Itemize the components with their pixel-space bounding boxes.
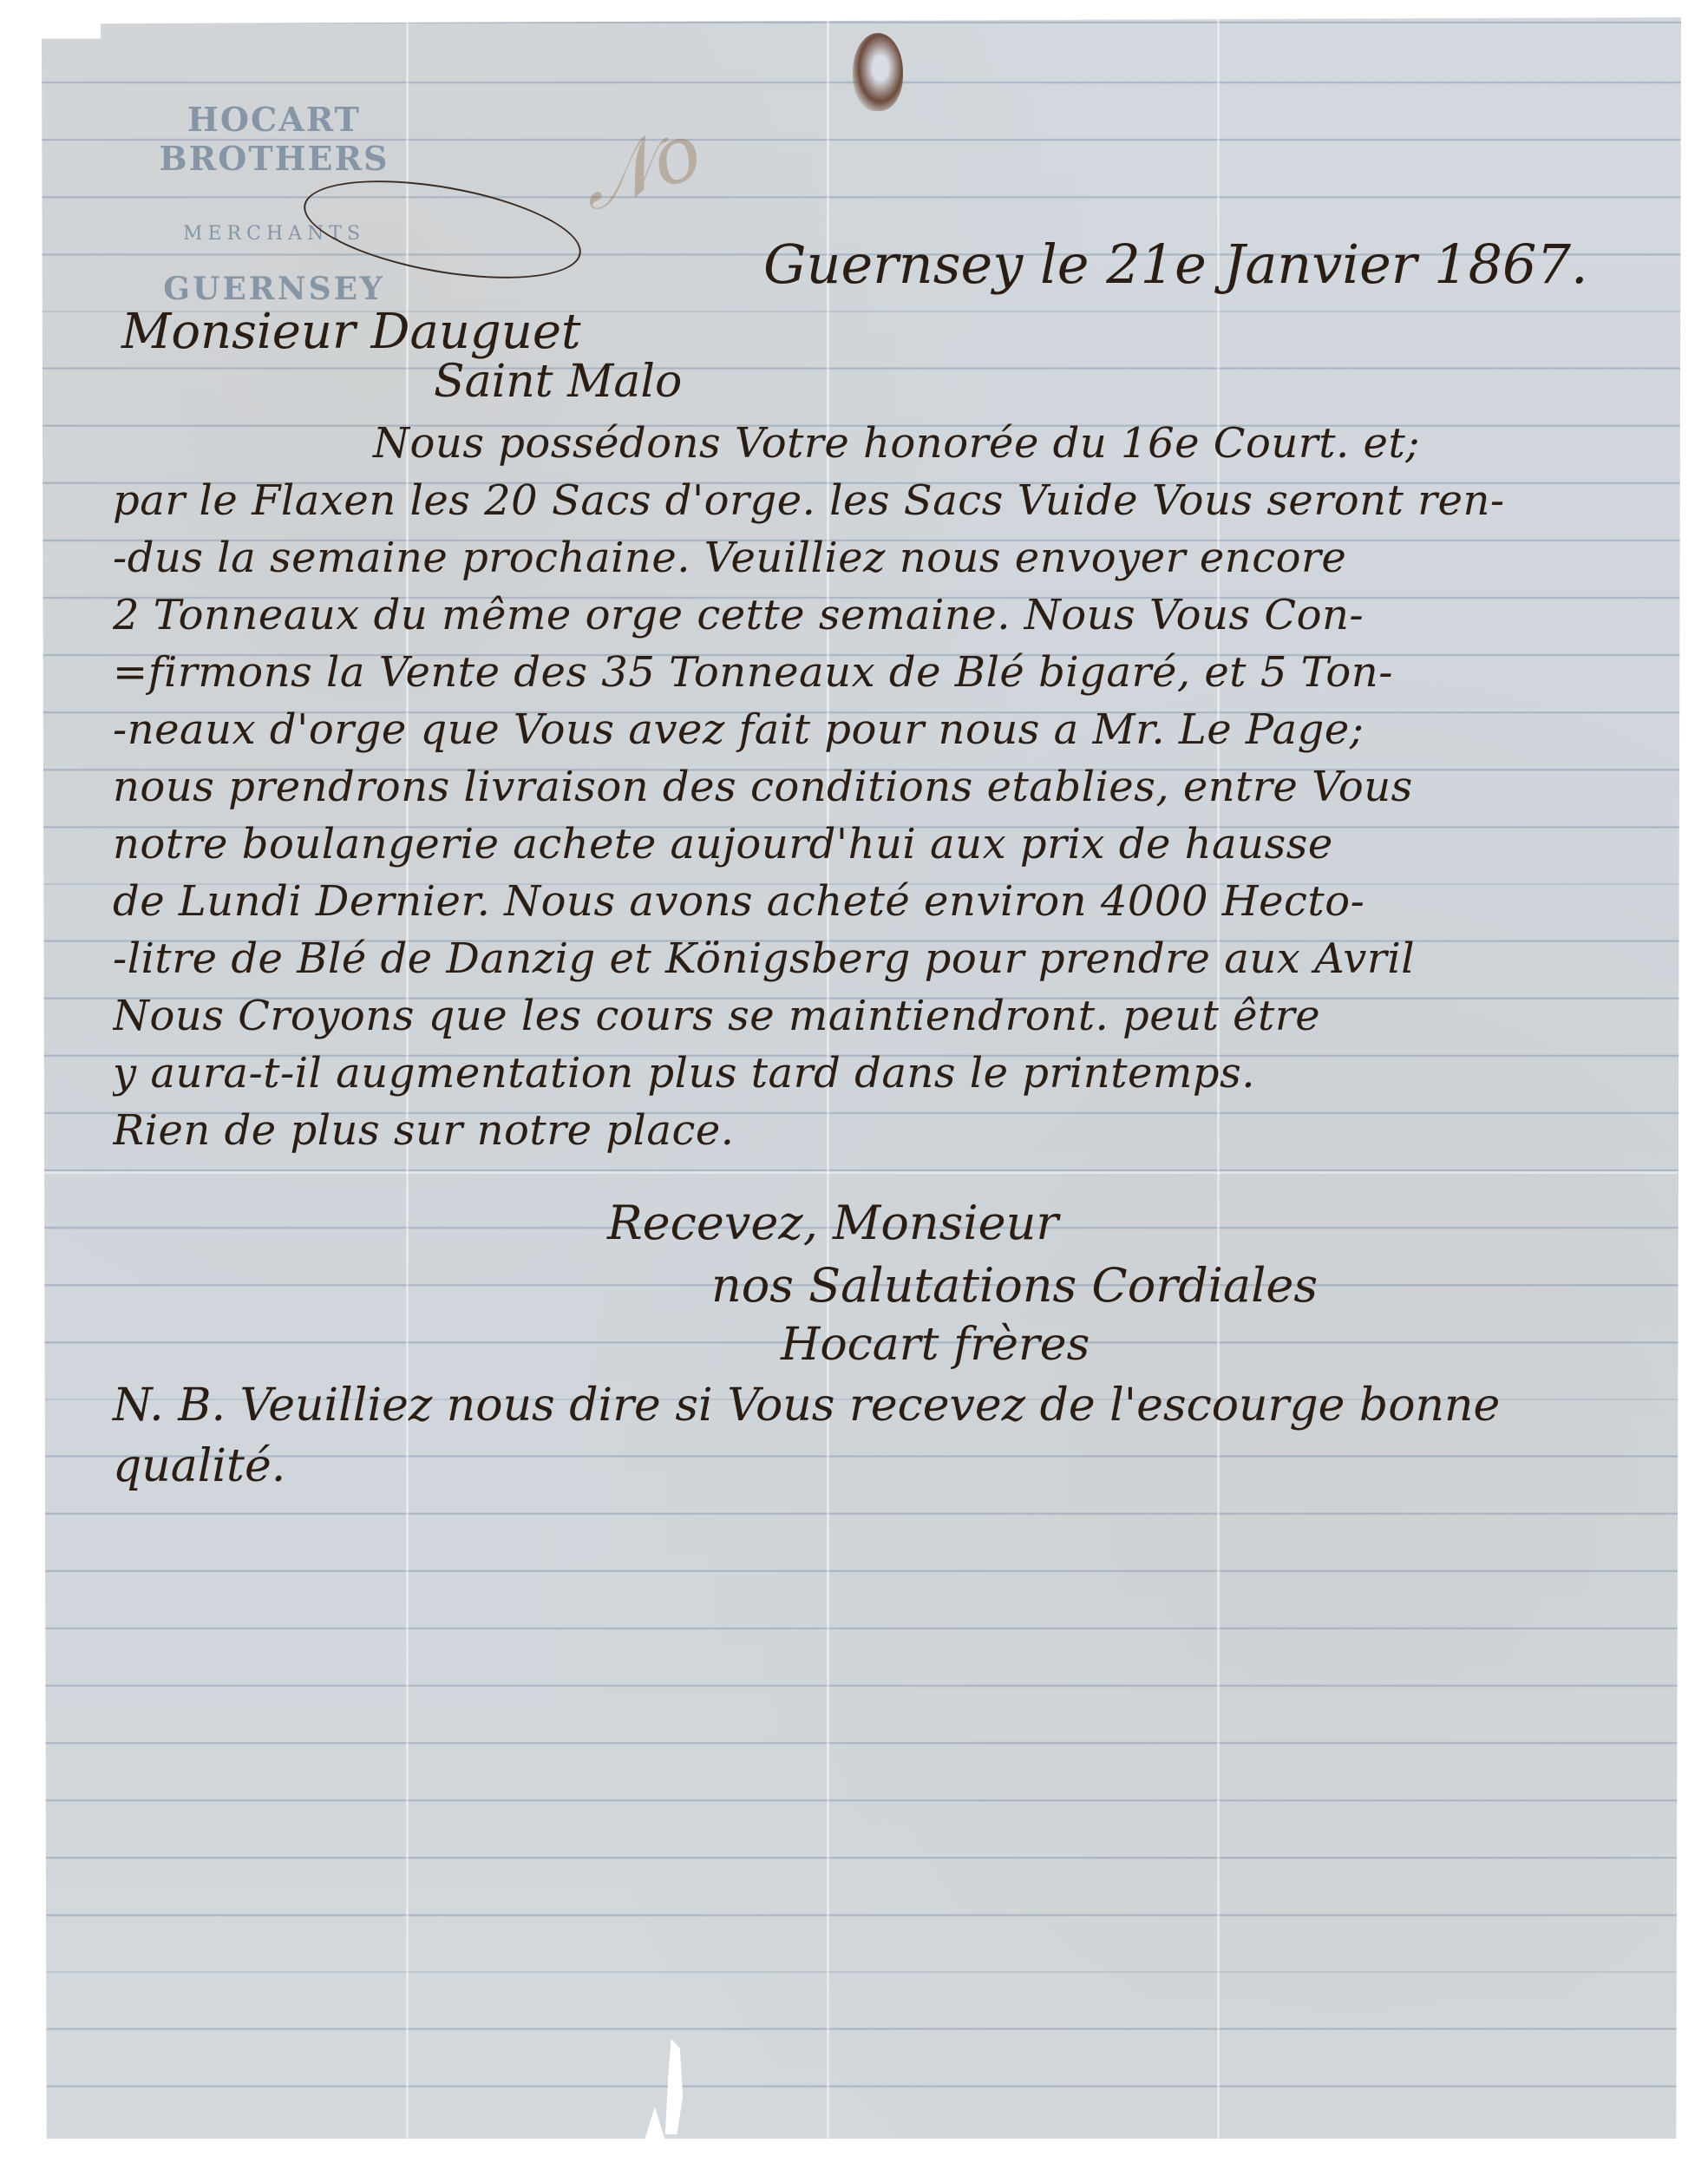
- body-line: de Lundi Dernier. Nous avons acheté envi…: [113, 873, 1674, 930]
- fold-crease: [42, 1171, 1681, 1174]
- wax-seal-stain: [853, 33, 903, 111]
- body-line: nous prendrons livraison des conditions …: [113, 758, 1674, 816]
- date-line: Guernsey le 21e Janvier 1867.: [763, 233, 1588, 296]
- body-line: =firmons la Vente des 35 Tonneaux de Blé…: [113, 644, 1674, 701]
- letterhead-name: HOCART BROTHERS: [75, 100, 474, 178]
- closing-line: Recevez, Monsieur: [607, 1196, 1058, 1250]
- body-line: notre boulangerie achete aujourd'hui aux…: [113, 816, 1674, 873]
- postscript-line: N. B. Veuilliez nous dire si Vous receve…: [113, 1379, 1500, 1432]
- body-line: Rien de plus sur notre place.: [113, 1102, 1674, 1159]
- body-line: par le Flaxen les 20 Sacs d'orge. les Sa…: [113, 472, 1674, 529]
- body-line: Nous Croyons que les cours se maintiendr…: [113, 987, 1674, 1045]
- closing-salutation: nos Salutations Cordiales: [711, 1258, 1318, 1313]
- postscript-line: qualité.: [113, 1440, 285, 1492]
- body-line: Nous possédons Votre honorée du 16e Cour…: [113, 415, 1674, 472]
- body-line: -neaux d'orge que Vous avez fait pour no…: [113, 701, 1674, 758]
- letter-body: Nous possédons Votre honorée du 16e Cour…: [113, 415, 1674, 1159]
- letterhead-place: GUERNSEY: [75, 271, 474, 307]
- body-line: -litre de Blé de Danzig et Königsberg po…: [113, 930, 1674, 987]
- addressee-city: Saint Malo: [434, 356, 682, 408]
- body-line: y aura-t-il augmentation plus tard dans …: [113, 1045, 1674, 1102]
- body-line: -dus la semaine prochaine. Veuilliez nou…: [113, 529, 1674, 586]
- body-line: 2 Tonneaux du même orge cette semaine. N…: [113, 586, 1674, 644]
- addressee-name: Monsieur Dauguet: [121, 304, 580, 360]
- signature: Hocart frères: [781, 1319, 1090, 1371]
